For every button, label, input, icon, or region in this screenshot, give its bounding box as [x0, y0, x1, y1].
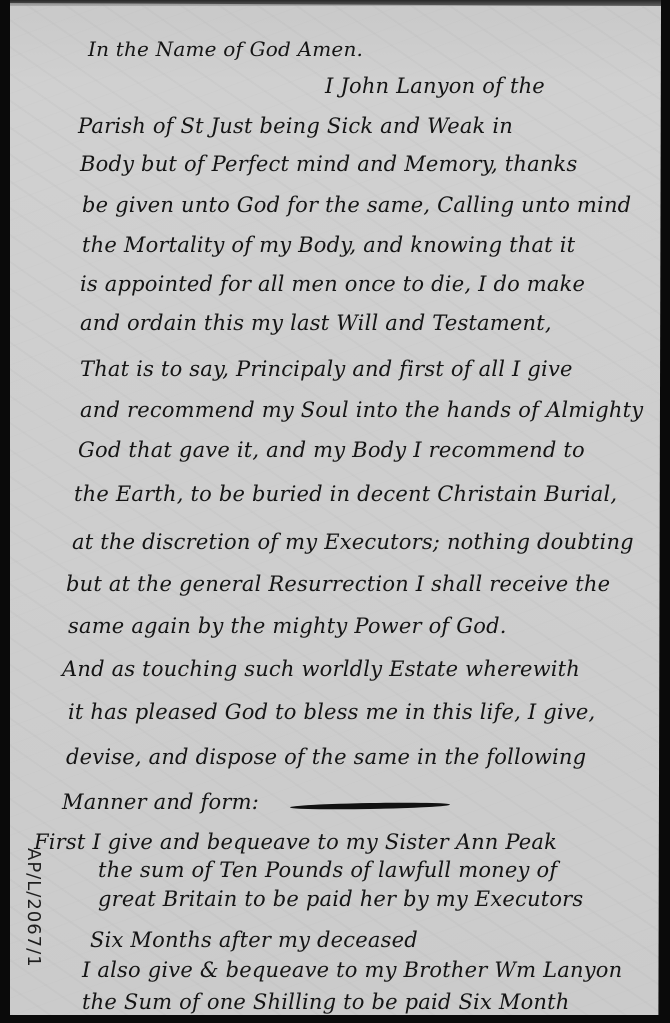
text-line-7: is appointed for all men once to die, I … — [80, 272, 585, 296]
text-line-16: And as touching such worldly Estate wher… — [62, 657, 580, 681]
text-line-12: the Earth, to be buried in decent Christ… — [74, 482, 617, 506]
text-line-13: at the discretion of my Executors; nothi… — [72, 530, 634, 554]
bequest-line-2: the sum of Ten Pounds of lawfull money o… — [98, 858, 557, 882]
paper-top-edge — [10, 0, 661, 6]
text-line-15: same again by the mighty Power of God. — [68, 614, 507, 638]
text-line-19: Manner and form: — [62, 790, 259, 814]
text-line-5: be given unto God for the same, Calling … — [82, 193, 631, 217]
bequest-line-1: First I give and bequeave to my Sister A… — [34, 830, 557, 854]
bequest-line-4: Six Months after my deceased — [90, 928, 418, 952]
bequest-line-6: the Sum of one Shilling to be paid Six M… — [82, 990, 570, 1014]
text-line-9: That is to say, Principaly and first of … — [80, 357, 573, 381]
text-line-10: and recommend my Soul into the hands of … — [80, 398, 643, 422]
text-line-18: devise, and dispose of the same in the f… — [66, 745, 586, 769]
invocation-line: In the Name of God Amen. — [88, 37, 363, 61]
text-line-3: Parish of St Just being Sick and Weak in — [78, 114, 513, 138]
text-line-11: God that gave it, and my Body I recommen… — [78, 438, 585, 462]
text-line-8: and ordain this my last Will and Testame… — [80, 311, 552, 335]
text-line-17: it has pleased God to bless me in this l… — [68, 700, 595, 724]
text-line-4: Body but of Perfect mind and Memory, tha… — [80, 152, 577, 176]
text-line-14: but at the general Resurrection I shall … — [66, 572, 610, 596]
bequest-line-3: great Britain to be paid her by my Execu… — [98, 887, 583, 911]
archive-reference: AP/L/2067/1 — [18, 848, 48, 1018]
text-line-6: the Mortality of my Body, and knowing th… — [82, 233, 575, 257]
scanned-document: In the Name of God Amen. I John Lanyon o… — [0, 0, 670, 1023]
bequest-line-5: I also give & bequeave to my Brother Wm … — [82, 958, 622, 982]
text-line-2: I John Lanyon of the — [325, 74, 545, 98]
